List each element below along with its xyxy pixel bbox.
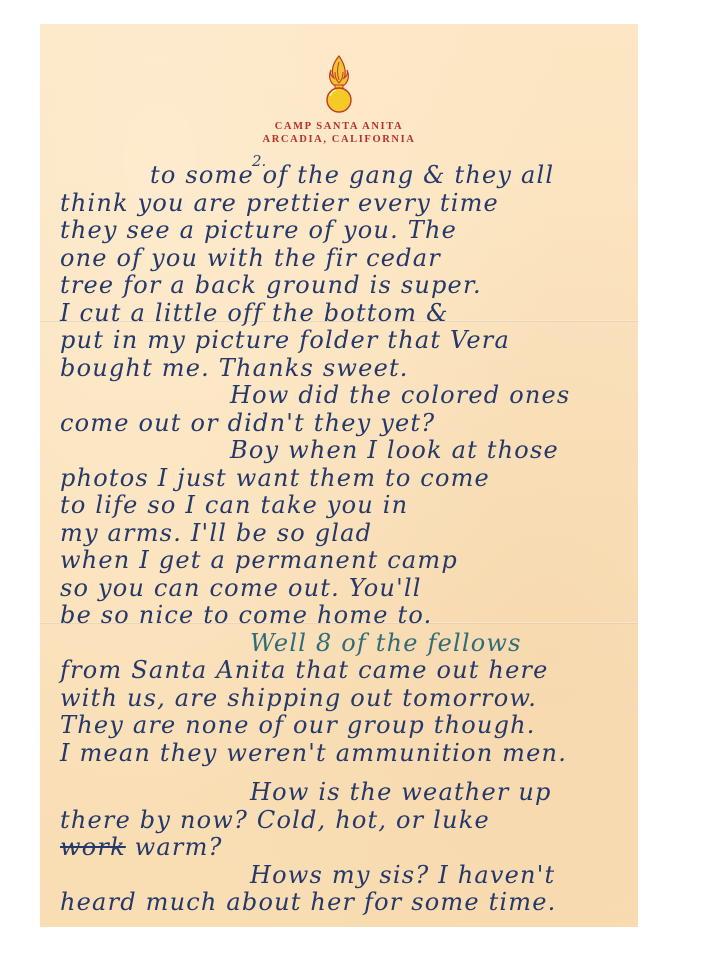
handwritten-line: with us, are shipping out tomorrow. <box>60 685 632 713</box>
letterhead-location: ARCADIA, CALIFORNIA <box>40 133 638 146</box>
handwritten-line: work warm? <box>60 834 632 862</box>
handwritten-line: Well 8 of the fellows <box>60 630 632 658</box>
handwritten-line-text: Hows my sis? I haven't <box>250 861 555 889</box>
handwritten-line: there by now? Cold, hot, or luke <box>60 807 632 835</box>
handwritten-line-text: I cut a little off the bottom & <box>60 299 449 327</box>
handwritten-line: to some of the gang & they all <box>60 162 632 190</box>
handwritten-line: from Santa Anita that came out here <box>60 657 632 685</box>
handwritten-line: I mean they weren't ammunition men. <box>60 740 632 768</box>
letterhead: CAMP SANTA ANITA ARCADIA, CALIFORNIA <box>40 54 638 146</box>
handwritten-line-text: heard much about her for some time. <box>60 888 557 916</box>
handwritten-line: be so nice to come home to. <box>60 602 632 630</box>
handwritten-line-text: bought me. Thanks sweet. <box>60 354 409 382</box>
handwritten-line-text: when I get a permanent camp <box>60 546 458 574</box>
handwritten-line-text: with us, are shipping out tomorrow. <box>60 684 537 712</box>
handwritten-line-text: How did the colored ones <box>230 381 570 409</box>
handwritten-line-text: Well 8 of the fellows <box>250 629 522 657</box>
handwritten-line-text: photos I just want them to come <box>60 464 490 492</box>
struck-out-word: work <box>60 833 126 861</box>
handwritten-line: tree for a back ground is super. <box>60 272 632 300</box>
handwritten-line-text: tree for a back ground is super. <box>60 271 482 299</box>
handwritten-line-text: from Santa Anita that came out here <box>60 656 549 684</box>
handwritten-line-text: be so nice to come home to. <box>60 601 432 629</box>
handwritten-line-text: think you are prettier every time <box>60 189 499 217</box>
handwritten-letter-body: to some of the gang & they allthink you … <box>60 162 632 917</box>
handwritten-line-text: They are none of our group though. <box>60 711 536 739</box>
handwritten-line: How did the colored ones <box>60 382 632 410</box>
letterhead-camp-name: CAMP SANTA ANITA <box>40 120 638 133</box>
handwritten-line-text: to life so I can take you in <box>60 491 408 519</box>
handwritten-line: to life so I can take you in <box>60 492 632 520</box>
handwritten-line: put in my picture folder that Vera <box>60 327 632 355</box>
handwritten-line: I cut a little off the bottom & <box>60 300 632 328</box>
handwritten-line: they see a picture of you. The <box>60 217 632 245</box>
handwritten-line-text: one of you with the fir cedar <box>60 244 441 272</box>
handwritten-line: think you are prettier every time <box>60 190 632 218</box>
handwritten-line: Hows my sis? I haven't <box>60 862 632 890</box>
handwritten-line-text: my arms. I'll be so glad <box>60 519 372 547</box>
handwritten-line: so you can come out. You'll <box>60 575 632 603</box>
handwritten-line-text: there by now? Cold, hot, or luke <box>60 806 490 834</box>
handwritten-line-text: Boy when I look at those <box>230 436 559 464</box>
handwritten-line-text: come out or didn't they yet? <box>60 409 435 437</box>
handwritten-line-text: put in my picture folder that Vera <box>60 326 510 354</box>
handwritten-line-text: How is the weather up <box>250 778 552 806</box>
handwritten-line: come out or didn't they yet? <box>60 410 632 438</box>
handwritten-line-text: warm? <box>135 833 223 861</box>
handwritten-line: How is the weather up <box>60 779 632 807</box>
handwritten-line: when I get a permanent camp <box>60 547 632 575</box>
handwritten-line: bought me. Thanks sweet. <box>60 355 632 383</box>
handwritten-line: my arms. I'll be so glad <box>60 520 632 548</box>
handwritten-line-text: they see a picture of you. The <box>60 216 457 244</box>
letter-page: CAMP SANTA ANITA ARCADIA, CALIFORNIA 2. … <box>40 24 638 927</box>
handwritten-line-text: so you can come out. You'll <box>60 574 422 602</box>
handwritten-line: photos I just want them to come <box>60 465 632 493</box>
handwritten-line: heard much about her for some time. <box>60 889 632 917</box>
handwritten-line: Boy when I look at those <box>60 437 632 465</box>
handwritten-line: one of you with the fir cedar <box>60 245 632 273</box>
flaming-bomb-ordnance-icon <box>322 54 356 114</box>
handwritten-line-text: to some of the gang & they all <box>150 161 554 189</box>
handwritten-line-text: I mean they weren't ammunition men. <box>60 739 567 767</box>
handwritten-line: They are none of our group though. <box>60 712 632 740</box>
